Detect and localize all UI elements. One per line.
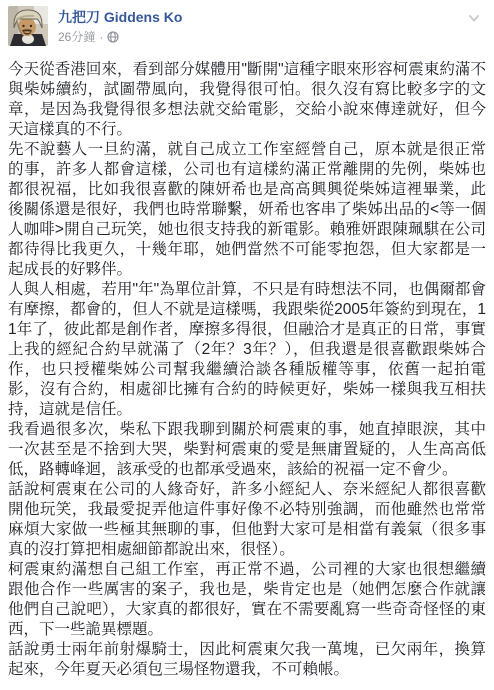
post-paragraph: 柯震東約滿想自己組工作室，再正常不過，公司裡的大家也很想繼續跟他合作一些厲害的案… bbox=[8, 560, 486, 640]
post-meta: 26分鐘 · bbox=[58, 29, 486, 45]
chevron-down-icon[interactable] bbox=[464, 8, 484, 28]
post-paragraph: 先不說藝人一旦約滿，就自己成立工作室經營自己，原本就是很正常的事，許多人都會這樣… bbox=[8, 140, 486, 280]
post-header: 九把刀 Giddens Ko 26分鐘 · bbox=[0, 0, 494, 56]
post-paragraph: 話說勇士兩年前射爆騎士，因此柯震東欠我一萬塊，已欠兩年，換算起來，今年夏天必須包… bbox=[8, 640, 486, 680]
post-paragraph: 今天從香港回來，看到部分媒體用"斷開"這種字眼來形容柯震東約滿不與柴姊續約，試圖… bbox=[8, 60, 486, 140]
post-paragraph: 我看過很多次，柴私下跟我聊到關於柯震東的事，她直掉眼淚，其中一次甚至是不捨到大哭… bbox=[8, 420, 486, 480]
meta-separator: · bbox=[99, 29, 103, 45]
timestamp-link[interactable]: 26分鐘 bbox=[58, 29, 95, 45]
post-paragraph: 人與人相處，若用"年"為單位計算，不只是有時想法不同，也偶爾都會有摩擦，都會的，… bbox=[8, 280, 486, 420]
post-body: 今天從香港回來，看到部分媒體用"斷開"這種字眼來形容柯震東約滿不與柴姊續約，試圖… bbox=[0, 56, 494, 680]
globe-icon bbox=[107, 31, 119, 43]
avatar-photo bbox=[8, 6, 48, 46]
author-link[interactable]: 九把刀 Giddens Ko bbox=[58, 8, 182, 27]
post-paragraph: 話說柯震東在公司的人緣奇好，許多小經紀人、奈米經紀人都很喜歡開他玩笑，我最愛捉弄… bbox=[8, 480, 486, 560]
facebook-post-card: 九把刀 Giddens Ko 26分鐘 · 今天從香港回來，看到部分媒體用"斷開 bbox=[0, 0, 494, 690]
header-text: 九把刀 Giddens Ko 26分鐘 · bbox=[58, 6, 486, 45]
avatar[interactable] bbox=[8, 6, 48, 46]
